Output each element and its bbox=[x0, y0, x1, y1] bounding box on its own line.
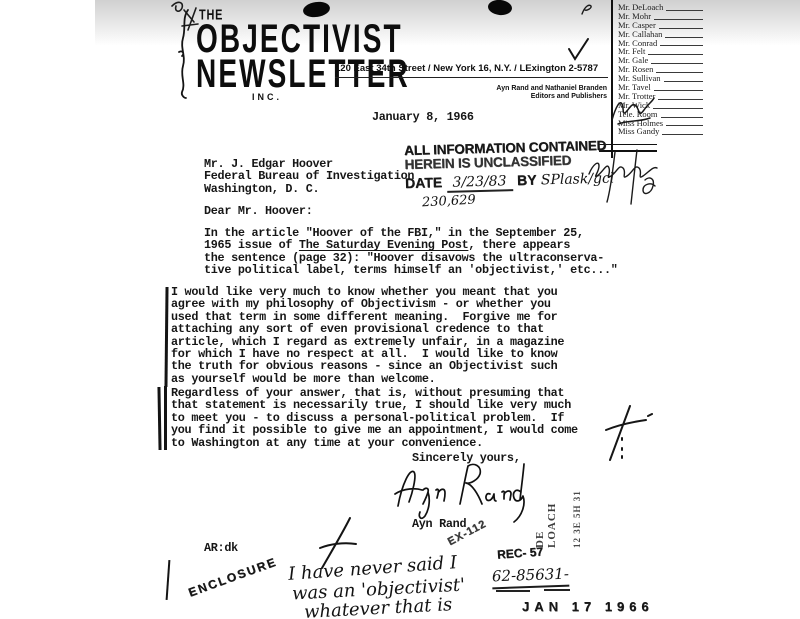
checkmark-icon bbox=[566, 36, 592, 62]
file-number-handwritten: 62-85631- bbox=[492, 565, 570, 590]
underline-dash bbox=[544, 589, 570, 591]
paragraph-1: In the article "Hoover of the FBI," in t… bbox=[204, 227, 618, 277]
leader-line bbox=[666, 124, 703, 126]
pen-stroke bbox=[166, 560, 171, 600]
serial-number-handwritten: 230,629 bbox=[422, 193, 476, 211]
letterhead-editors-title: Editors and Publishers bbox=[450, 93, 607, 101]
leader-line bbox=[654, 89, 703, 91]
recipient-block: Mr. J. Edgar Hoover Federal Bureau of In… bbox=[204, 158, 414, 195]
declassification-stamp: ALL INFORMATION CONTAINED HEREIN IS UNCL… bbox=[404, 139, 615, 193]
letterhead-bracket-icon bbox=[176, 8, 192, 100]
bleedthrough-stamp-text: DE LOACH bbox=[534, 486, 558, 548]
recipient-line: Washington, D. C. bbox=[204, 183, 414, 195]
underline-dash bbox=[496, 590, 530, 592]
ayn-rand-signature bbox=[390, 460, 532, 524]
para1-line: tive political label, terms himself an '… bbox=[204, 264, 618, 276]
pen-speck-icon bbox=[579, 2, 595, 18]
pen-scribble-icon bbox=[608, 94, 658, 128]
letterhead-editors-names: Ayn Rand and Nathaniel Branden bbox=[450, 85, 607, 93]
leader-line bbox=[662, 133, 703, 135]
recipient-line: Federal Bureau of Investigation bbox=[204, 170, 414, 182]
margin-emphasis-bar bbox=[164, 386, 167, 450]
declass-stamp-line2: HEREIN IS UNCLASSIFIED bbox=[404, 153, 614, 172]
margin-emphasis-bar bbox=[164, 287, 168, 387]
para2-line: agree with my philosophy of Objectivism … bbox=[171, 298, 564, 310]
leader-line bbox=[665, 36, 703, 38]
declass-date-label: DATE bbox=[405, 174, 442, 191]
para3-line: that statement is necessarily true, I sh… bbox=[171, 399, 578, 411]
received-date-stamp: JAN 17 1966 bbox=[522, 599, 654, 614]
leader-line bbox=[659, 27, 703, 29]
leader-line bbox=[666, 9, 703, 11]
para1-line: 1965 issue of The Saturday Evening Post,… bbox=[204, 239, 618, 251]
pen-cross-mark-icon bbox=[602, 404, 660, 464]
margin-emphasis-bar bbox=[157, 387, 161, 450]
paragraph-3: Regardless of your answer, that is, with… bbox=[171, 387, 578, 449]
para3-line: you find it possible to give me an appoi… bbox=[171, 424, 578, 436]
enclosure-stamp: ENCLOSURE bbox=[186, 554, 279, 599]
declass-date-handwritten: 3/23/83 bbox=[446, 173, 512, 193]
leader-line bbox=[648, 53, 703, 55]
typed-signature-name: Ayn Rand bbox=[412, 518, 466, 530]
declass-by-label: BY bbox=[517, 172, 537, 189]
para2-line: attaching any sort of even provisional c… bbox=[171, 323, 564, 335]
reviewer-initials-scribble-icon bbox=[585, 146, 665, 210]
declass-stamp-date-row: DATE 3/23/83 BY SPlask/gcl bbox=[405, 170, 615, 193]
leader-line bbox=[658, 98, 703, 100]
leader-line bbox=[654, 18, 703, 20]
scanned-letter-page: THE OBJECTIVIST NEWSLETTER INC. 120 East… bbox=[0, 0, 800, 619]
para3-line: to Washington at any time at your conven… bbox=[171, 437, 578, 449]
letterhead-title-line1: OBJECTIVIST bbox=[196, 22, 403, 56]
leader-line bbox=[661, 116, 703, 118]
leader-line bbox=[651, 62, 703, 64]
salutation: Dear Mr. Hoover: bbox=[204, 205, 312, 217]
routing-item: Miss Gandy bbox=[613, 127, 706, 136]
para2-line: the truth for obvious reasons - since an… bbox=[171, 360, 564, 372]
bleedthrough-stamp-text: 12 3E 5H 31 bbox=[572, 486, 582, 548]
leader-line bbox=[660, 44, 703, 46]
letter-date: January 8, 1966 bbox=[372, 111, 474, 123]
routing-name: Miss Gandy bbox=[618, 127, 659, 136]
letterhead-editors: Ayn Rand and Nathaniel Branden Editors a… bbox=[450, 85, 607, 101]
leader-line bbox=[656, 71, 703, 73]
reference-initials: AR:dk bbox=[204, 542, 238, 554]
paragraph-2: I would like very much to know whether y… bbox=[171, 286, 564, 385]
leader-line bbox=[664, 80, 703, 82]
leader-line bbox=[653, 107, 703, 109]
rec-57-stamp: REC- 57 bbox=[497, 544, 544, 561]
letterhead-address: 120 East 34th Street / New York 16, N.Y.… bbox=[335, 63, 608, 78]
fbi-routing-list: Mr. DeLoach Mr. Mohr Mr. Casper Mr. Call… bbox=[611, 0, 706, 158]
para2-line: as yourself would be more than welcome. bbox=[171, 373, 564, 385]
letterhead-inc: INC. bbox=[252, 92, 282, 102]
